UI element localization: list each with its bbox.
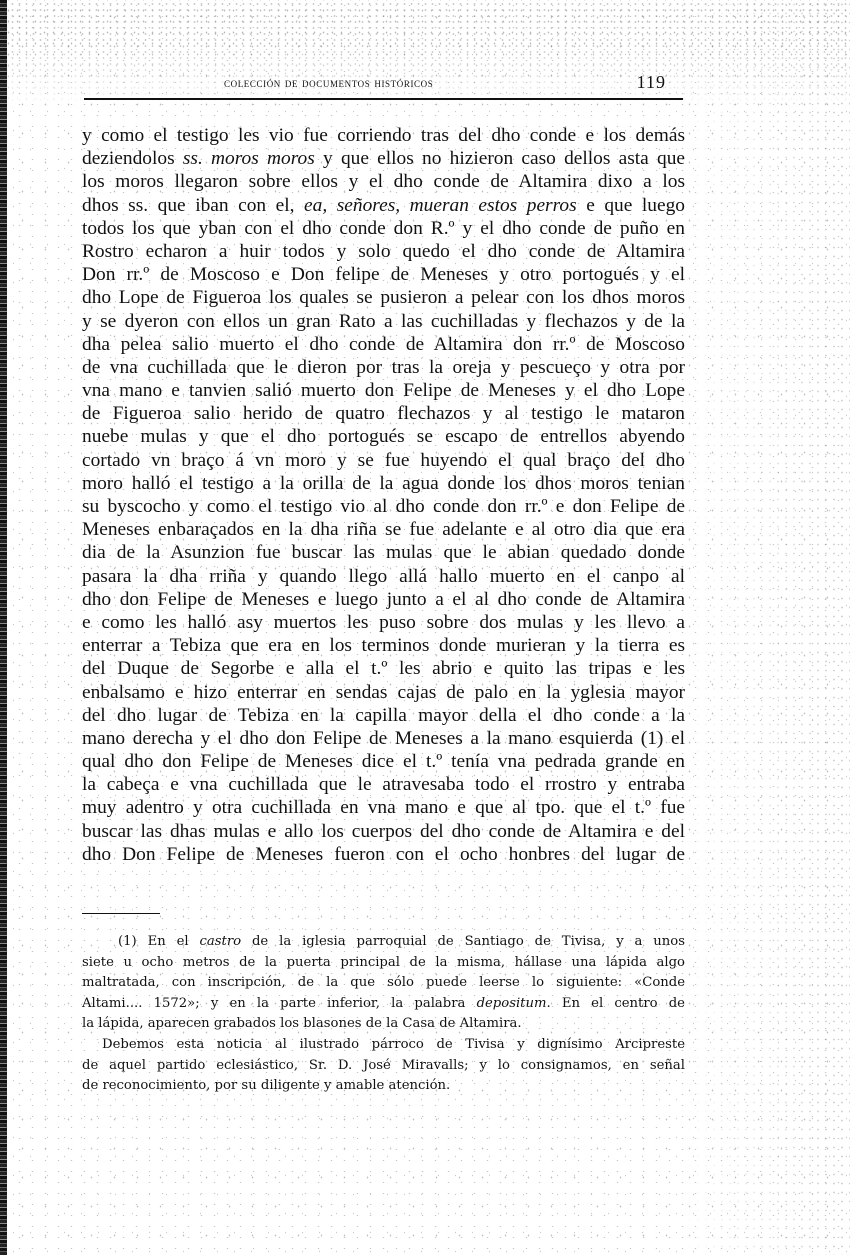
body-line: deziendolos ss. moros moros y que ellos … [82, 147, 685, 170]
body-line: dhos ss. que iban con el, ea, señores, m… [82, 194, 685, 217]
body-line: nuebe mulas y que el dho portogués se es… [82, 425, 685, 448]
body-line: dha pelea salio muerto el dho conde de A… [82, 333, 685, 356]
body-line: muy adentro y otra cuchillada en vna man… [82, 796, 685, 819]
body-line: dho Don Felipe de Meneses fueron con el … [82, 843, 685, 866]
footnote-line: Altami.... 1572»; y en la parte inferior… [82, 994, 685, 1015]
body-line: los moros llegaron sobre ellos y el dho … [82, 170, 685, 193]
body-text: y como el testigo les vio fue corriendo … [82, 124, 685, 866]
body-line: de Figueroa salio herido de quatro flech… [82, 402, 685, 425]
body-line: enterrar a Tebiza que era en los termino… [82, 634, 685, 657]
footnote-line: siete u ocho metros de la puerta princip… [82, 953, 685, 974]
footnote-line: de reconocimiento, por su diligente y am… [82, 1076, 685, 1097]
footnote-line: de aquel partido eclesiástico, Sr. D. Jo… [82, 1056, 685, 1077]
body-line: todos los que yban con el dho conde don … [82, 217, 685, 240]
body-line: moro halló el testigo a la orilla de la … [82, 472, 685, 495]
body-line: dia de la Asunzion fue buscar las mulas … [82, 541, 685, 564]
body-line: su byscocho y como el testigo vio al dho… [82, 495, 685, 518]
body-line: del dho lugar de Tebiza en la capilla ma… [82, 704, 685, 727]
body-line: del Duque de Segorbe e alla el t.º les a… [82, 657, 685, 680]
body-line: cortado vn braço á vn moro y se fue huye… [82, 449, 685, 472]
body-line: de vna cuchillada que le dieron por tras… [82, 356, 685, 379]
body-line: Meneses enbaraçados en la dha riña se fu… [82, 518, 685, 541]
body-line: e como les halló asy muertos les puso so… [82, 611, 685, 634]
page-number: 119 [637, 72, 666, 93]
body-line: y se dyeron con ellos un gran Rato a las… [82, 310, 685, 333]
footnote-line: Debemos esta noticia al ilustrado párroc… [82, 1035, 685, 1056]
running-head: COLECCIÓN DE DOCUMENTOS HISTÓRICOS 119 [86, 72, 683, 96]
body-line: dho don Felipe de Meneses e luego junto … [82, 588, 685, 611]
body-line: pasara la dha rriña y quando llego allá … [82, 565, 685, 588]
header-rule [84, 98, 683, 100]
footnote-line: la lápida, aparecen grabados los blasone… [82, 1014, 685, 1035]
body-line: mano derecha y el dho don Felipe de Mene… [82, 727, 685, 750]
footnote-rule [82, 913, 160, 914]
body-line: vna mano e tanvien salió muerto don Feli… [82, 379, 685, 402]
body-line: enbalsamo e hizo enterrar en sendas caja… [82, 681, 685, 704]
body-line: Rostro echaron a huir todos y solo quedo… [82, 240, 685, 263]
body-line: dho Lope de Figueroa los quales se pusie… [82, 286, 685, 309]
footnotes: (1) En el castro de la iglesia parroquia… [82, 932, 685, 1097]
scan-edge-strip [0, 0, 7, 1255]
running-head-title: COLECCIÓN DE DOCUMENTOS HISTÓRICOS [224, 75, 433, 91]
body-line: y como el testigo les vio fue corriendo … [82, 124, 685, 147]
scan-noise-right [670, 0, 850, 1255]
body-line: buscar las dhas mulas e allo los cuerpos… [82, 820, 685, 843]
body-line: qual dho don Felipe de Meneses dice el t… [82, 750, 685, 773]
footnote-line: maltratada, con inscripción, de la que s… [82, 973, 685, 994]
footnote-line: (1) En el castro de la iglesia parroquia… [82, 932, 685, 953]
body-line: la cabeça e vna cuchillada que le atrave… [82, 773, 685, 796]
body-line: Don rr.º de Moscoso e Don felipe de Mene… [82, 263, 685, 286]
